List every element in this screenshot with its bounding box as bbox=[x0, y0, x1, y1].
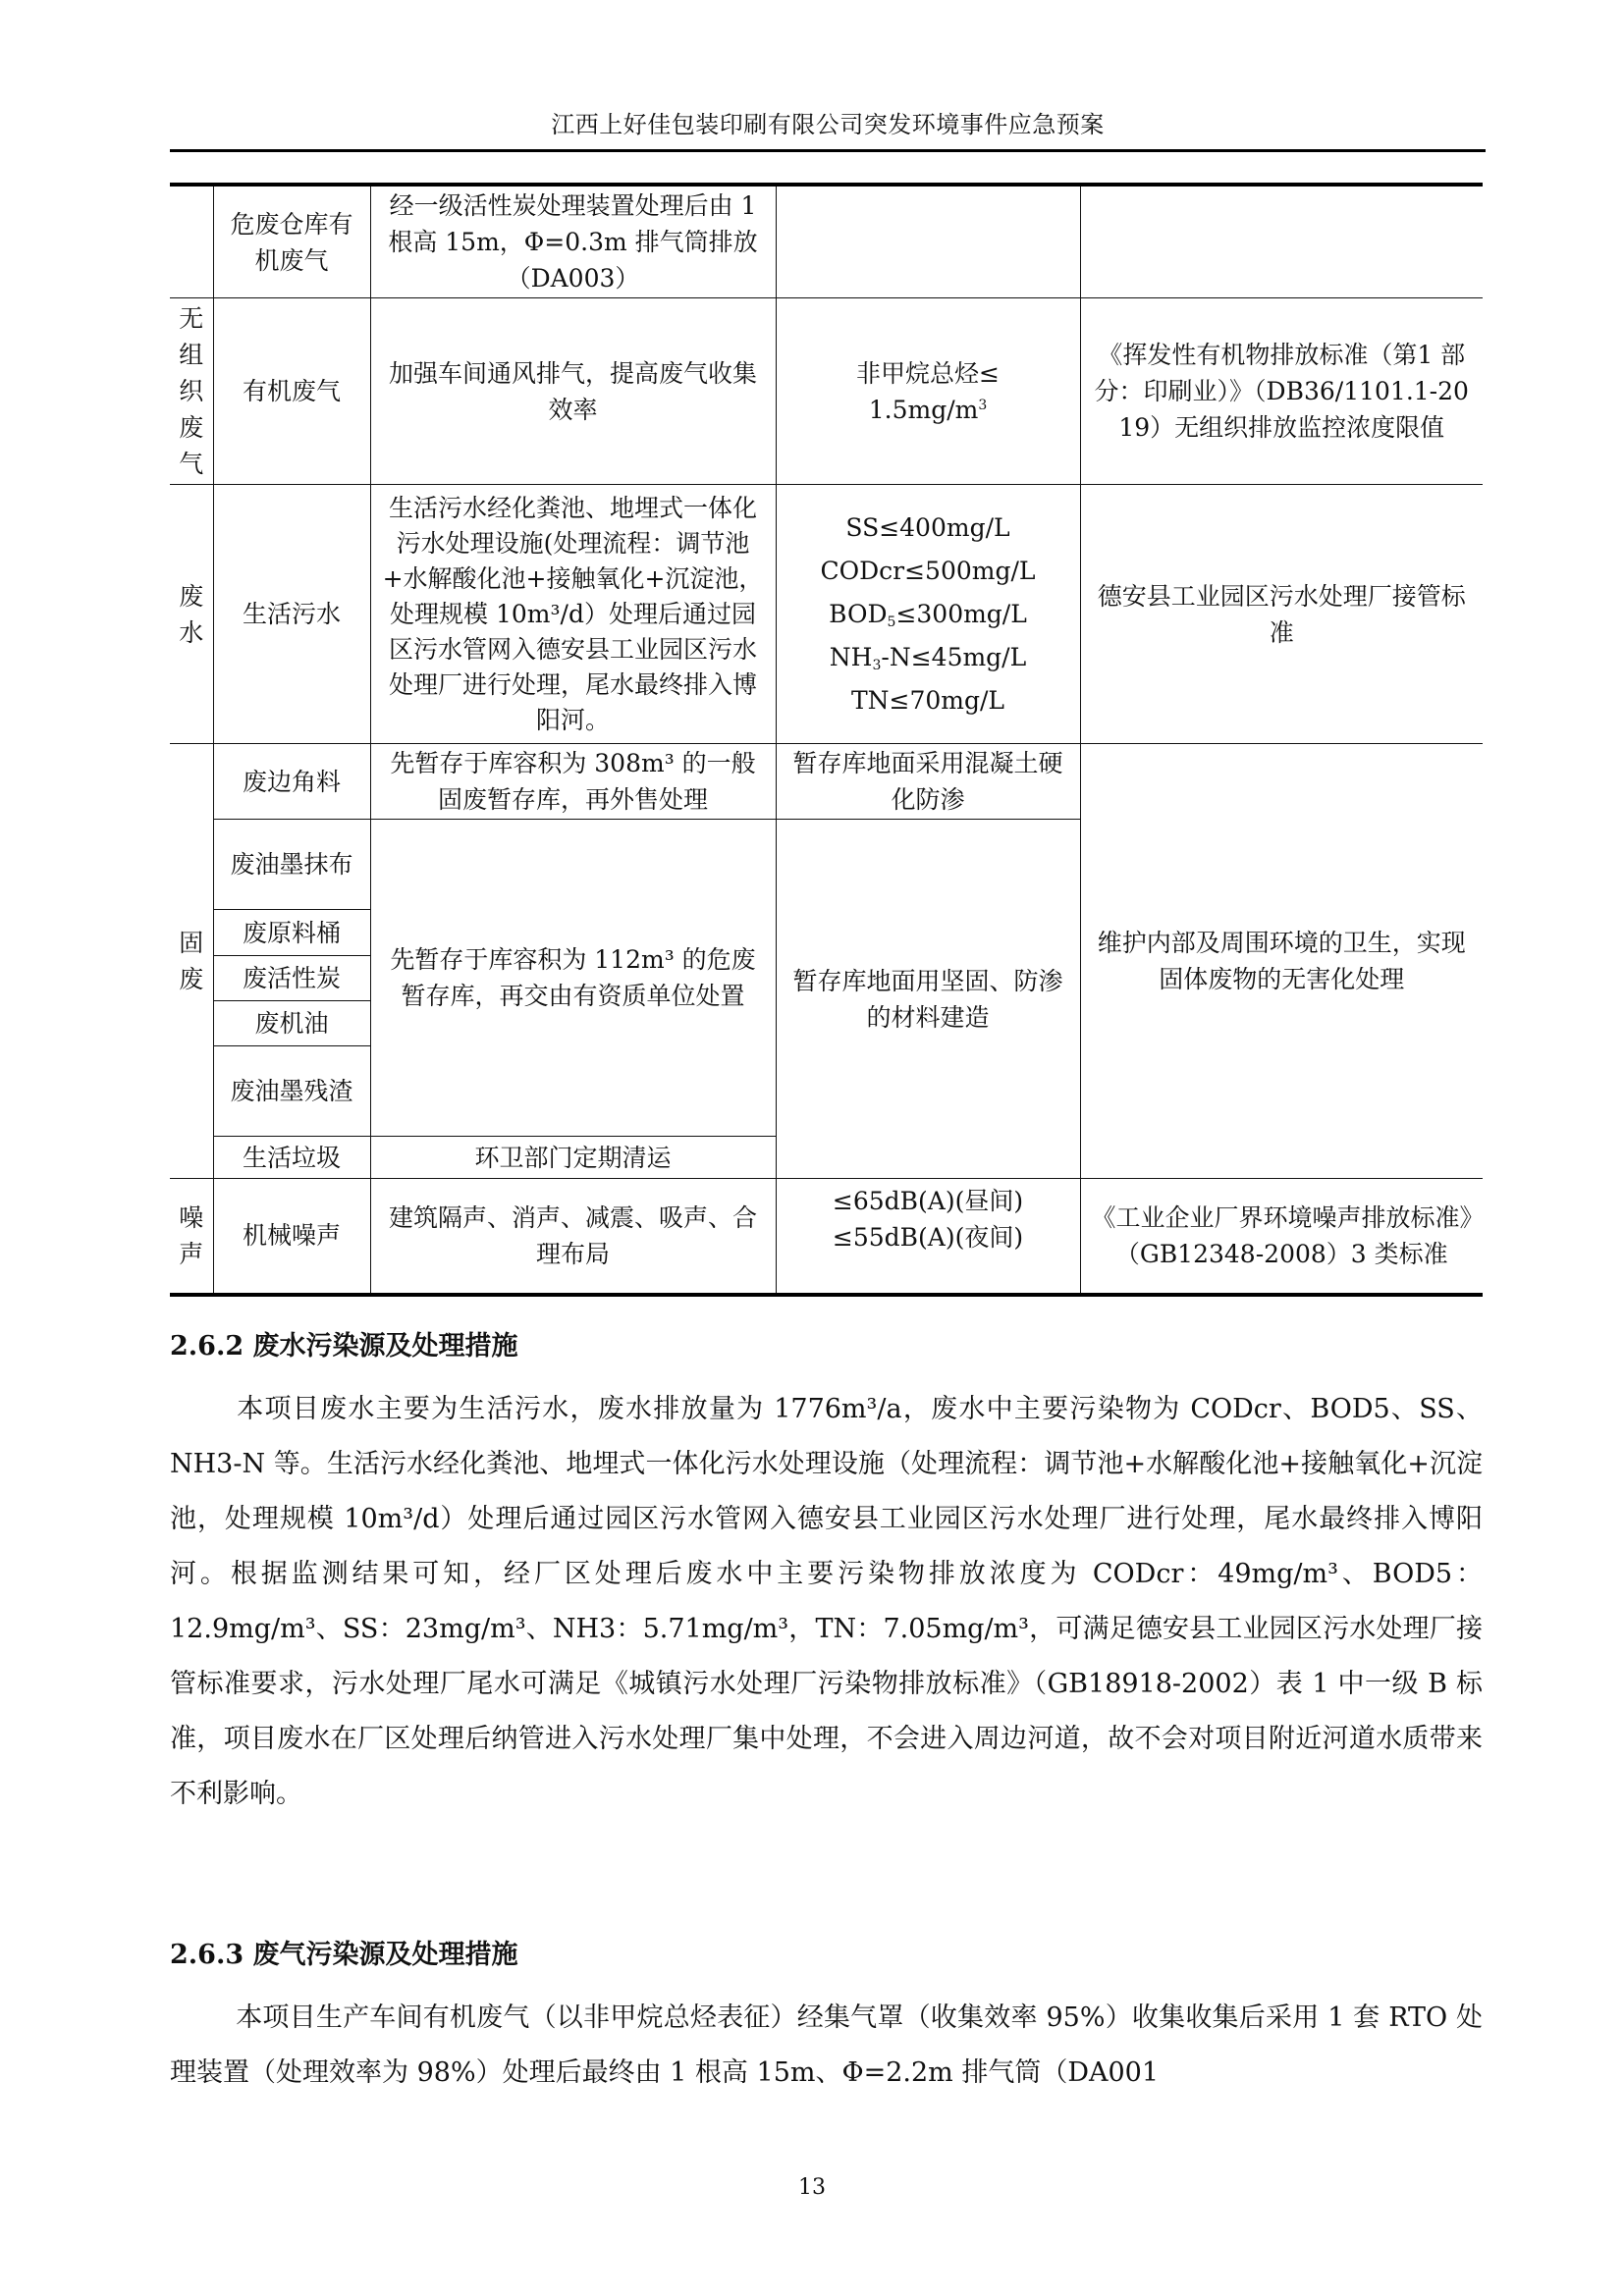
standard-cell bbox=[1080, 185, 1483, 298]
section-heading-2-6-3: 2.6.3 废气污染源及处理措施 bbox=[170, 1938, 518, 1973]
section-paragraph-wastewater: 本项目废水主要为生活污水，废水排放量为 1776m³/a，废水中主要污染物为 C… bbox=[170, 1382, 1483, 1932]
limit-line: BOD5≤300mg/L bbox=[786, 593, 1070, 636]
category-cell bbox=[170, 185, 213, 298]
category-cell: 无组织废气 bbox=[170, 298, 213, 485]
limit-cell: SS≤400mg/L CODcr≤500mg/L BOD5≤300mg/L NH… bbox=[776, 485, 1080, 744]
limit-line: CODcr≤500mg/L bbox=[786, 550, 1070, 593]
table-row: 噪声 机械噪声 建筑隔声、消声、减震、吸声、合理布局 ≤65dB(A)(昼间) … bbox=[170, 1179, 1483, 1295]
source-cell: 有机废气 bbox=[213, 298, 370, 485]
limit-cell: 暂存库地面采用混凝土硬化防渗 bbox=[776, 744, 1080, 820]
source-cell: 废机油 bbox=[213, 1001, 370, 1046]
limit-line: ≤65dB(A)(昼间) bbox=[786, 1183, 1070, 1219]
source-cell: 生活污水 bbox=[213, 485, 370, 744]
measure-cell: 加强车间通风排气，提高废气收集效率 bbox=[370, 298, 776, 485]
limit-line: ≤55dB(A)(夜间) bbox=[786, 1219, 1070, 1255]
header-divider bbox=[170, 149, 1486, 152]
category-cell: 噪声 bbox=[170, 1179, 213, 1295]
limit-cell: 非甲烷总烃≤1.5mg/m3 bbox=[776, 298, 1080, 485]
source-cell: 废边角料 bbox=[213, 744, 370, 820]
table-row: 固废 废边角料 先暂存于库容积为 308m³ 的一般固废暂存库，再外售处理 暂存… bbox=[170, 744, 1483, 820]
limit-line: NH3-N≤45mg/L bbox=[786, 636, 1070, 679]
measure-cell: 经一级活性炭处理装置处理后由 1 根高 15m，Φ=0.3m 排气筒排放（DA0… bbox=[370, 185, 776, 298]
page-number: 13 bbox=[0, 2175, 1624, 2201]
paragraph-text: 本项目生产车间有机废气（以非甲烷总烃表征）经集气罩（收集效率 95%）收集收集后… bbox=[170, 2002, 1483, 2088]
source-cell: 废油墨抹布 bbox=[213, 820, 370, 910]
standard-cell: 德安县工业园区污水处理厂接管标准 bbox=[1080, 485, 1483, 744]
source-cell: 危废仓库有机废气 bbox=[213, 185, 370, 298]
limit-cell: 暂存库地面用坚固、防渗的材料建造 bbox=[776, 820, 1080, 1179]
document-header: 江西上好佳包装印刷有限公司突发环境事件应急预案 bbox=[170, 110, 1486, 139]
section-paragraph-exhaust: 本项目生产车间有机废气（以非甲烷总烃表征）经集气罩（收集效率 95%）收集收集后… bbox=[170, 1991, 1483, 2101]
measure-cell: 生活污水经化粪池、地埋式一体化污水处理设施(处理流程：调节池+水解酸化池+接触氧… bbox=[370, 485, 776, 744]
category-cell: 固废 bbox=[170, 744, 213, 1179]
limit-cell: ≤65dB(A)(昼间) ≤55dB(A)(夜间) bbox=[776, 1179, 1080, 1295]
paragraph-text: 本项目废水主要为生活污水，废水排放量为 1776m³/a，废水中主要污染物为 C… bbox=[170, 1394, 1483, 1809]
table-row: 废水 生活污水 生活污水经化粪池、地埋式一体化污水处理设施(处理流程：调节池+水… bbox=[170, 485, 1483, 744]
limit-line: TN≤70mg/L bbox=[786, 679, 1070, 722]
measure-cell: 先暂存于库容积为 112m³ 的危废暂存库，再交由有资质单位处置 bbox=[370, 820, 776, 1137]
limit-line: SS≤400mg/L bbox=[786, 507, 1070, 550]
measure-cell: 建筑隔声、消声、减震、吸声、合理布局 bbox=[370, 1179, 776, 1295]
source-cell: 废油墨残渣 bbox=[213, 1046, 370, 1137]
standard-cell: 《工业企业厂界环境噪声排放标准》（GB12348-2008）3 类标准 bbox=[1080, 1179, 1483, 1295]
measure-cell: 环卫部门定期清运 bbox=[370, 1137, 776, 1179]
source-cell: 机械噪声 bbox=[213, 1179, 370, 1295]
pollution-control-table: 危废仓库有机废气 经一级活性炭处理装置处理后由 1 根高 15m，Φ=0.3m … bbox=[170, 183, 1483, 1297]
category-cell: 废水 bbox=[170, 485, 213, 744]
limit-cell bbox=[776, 185, 1080, 298]
source-cell: 废原料桶 bbox=[213, 910, 370, 956]
standard-cell: 《挥发性有机物排放标准（第1 部分：印刷业）》（DB36/1101.1-2019… bbox=[1080, 298, 1483, 485]
source-cell: 废活性炭 bbox=[213, 956, 370, 1001]
standard-cell: 维护内部及周围环境的卫生，实现固体废物的无害化处理 bbox=[1080, 744, 1483, 1179]
measure-cell: 先暂存于库容积为 308m³ 的一般固废暂存库，再外售处理 bbox=[370, 744, 776, 820]
table-row: 危废仓库有机废气 经一级活性炭处理装置处理后由 1 根高 15m，Φ=0.3m … bbox=[170, 185, 1483, 298]
section-heading-2-6-2: 2.6.2 废水污染源及处理措施 bbox=[170, 1329, 518, 1364]
source-cell: 生活垃圾 bbox=[213, 1137, 370, 1179]
table-row: 无组织废气 有机废气 加强车间通风排气，提高废气收集效率 非甲烷总烃≤1.5mg… bbox=[170, 298, 1483, 485]
